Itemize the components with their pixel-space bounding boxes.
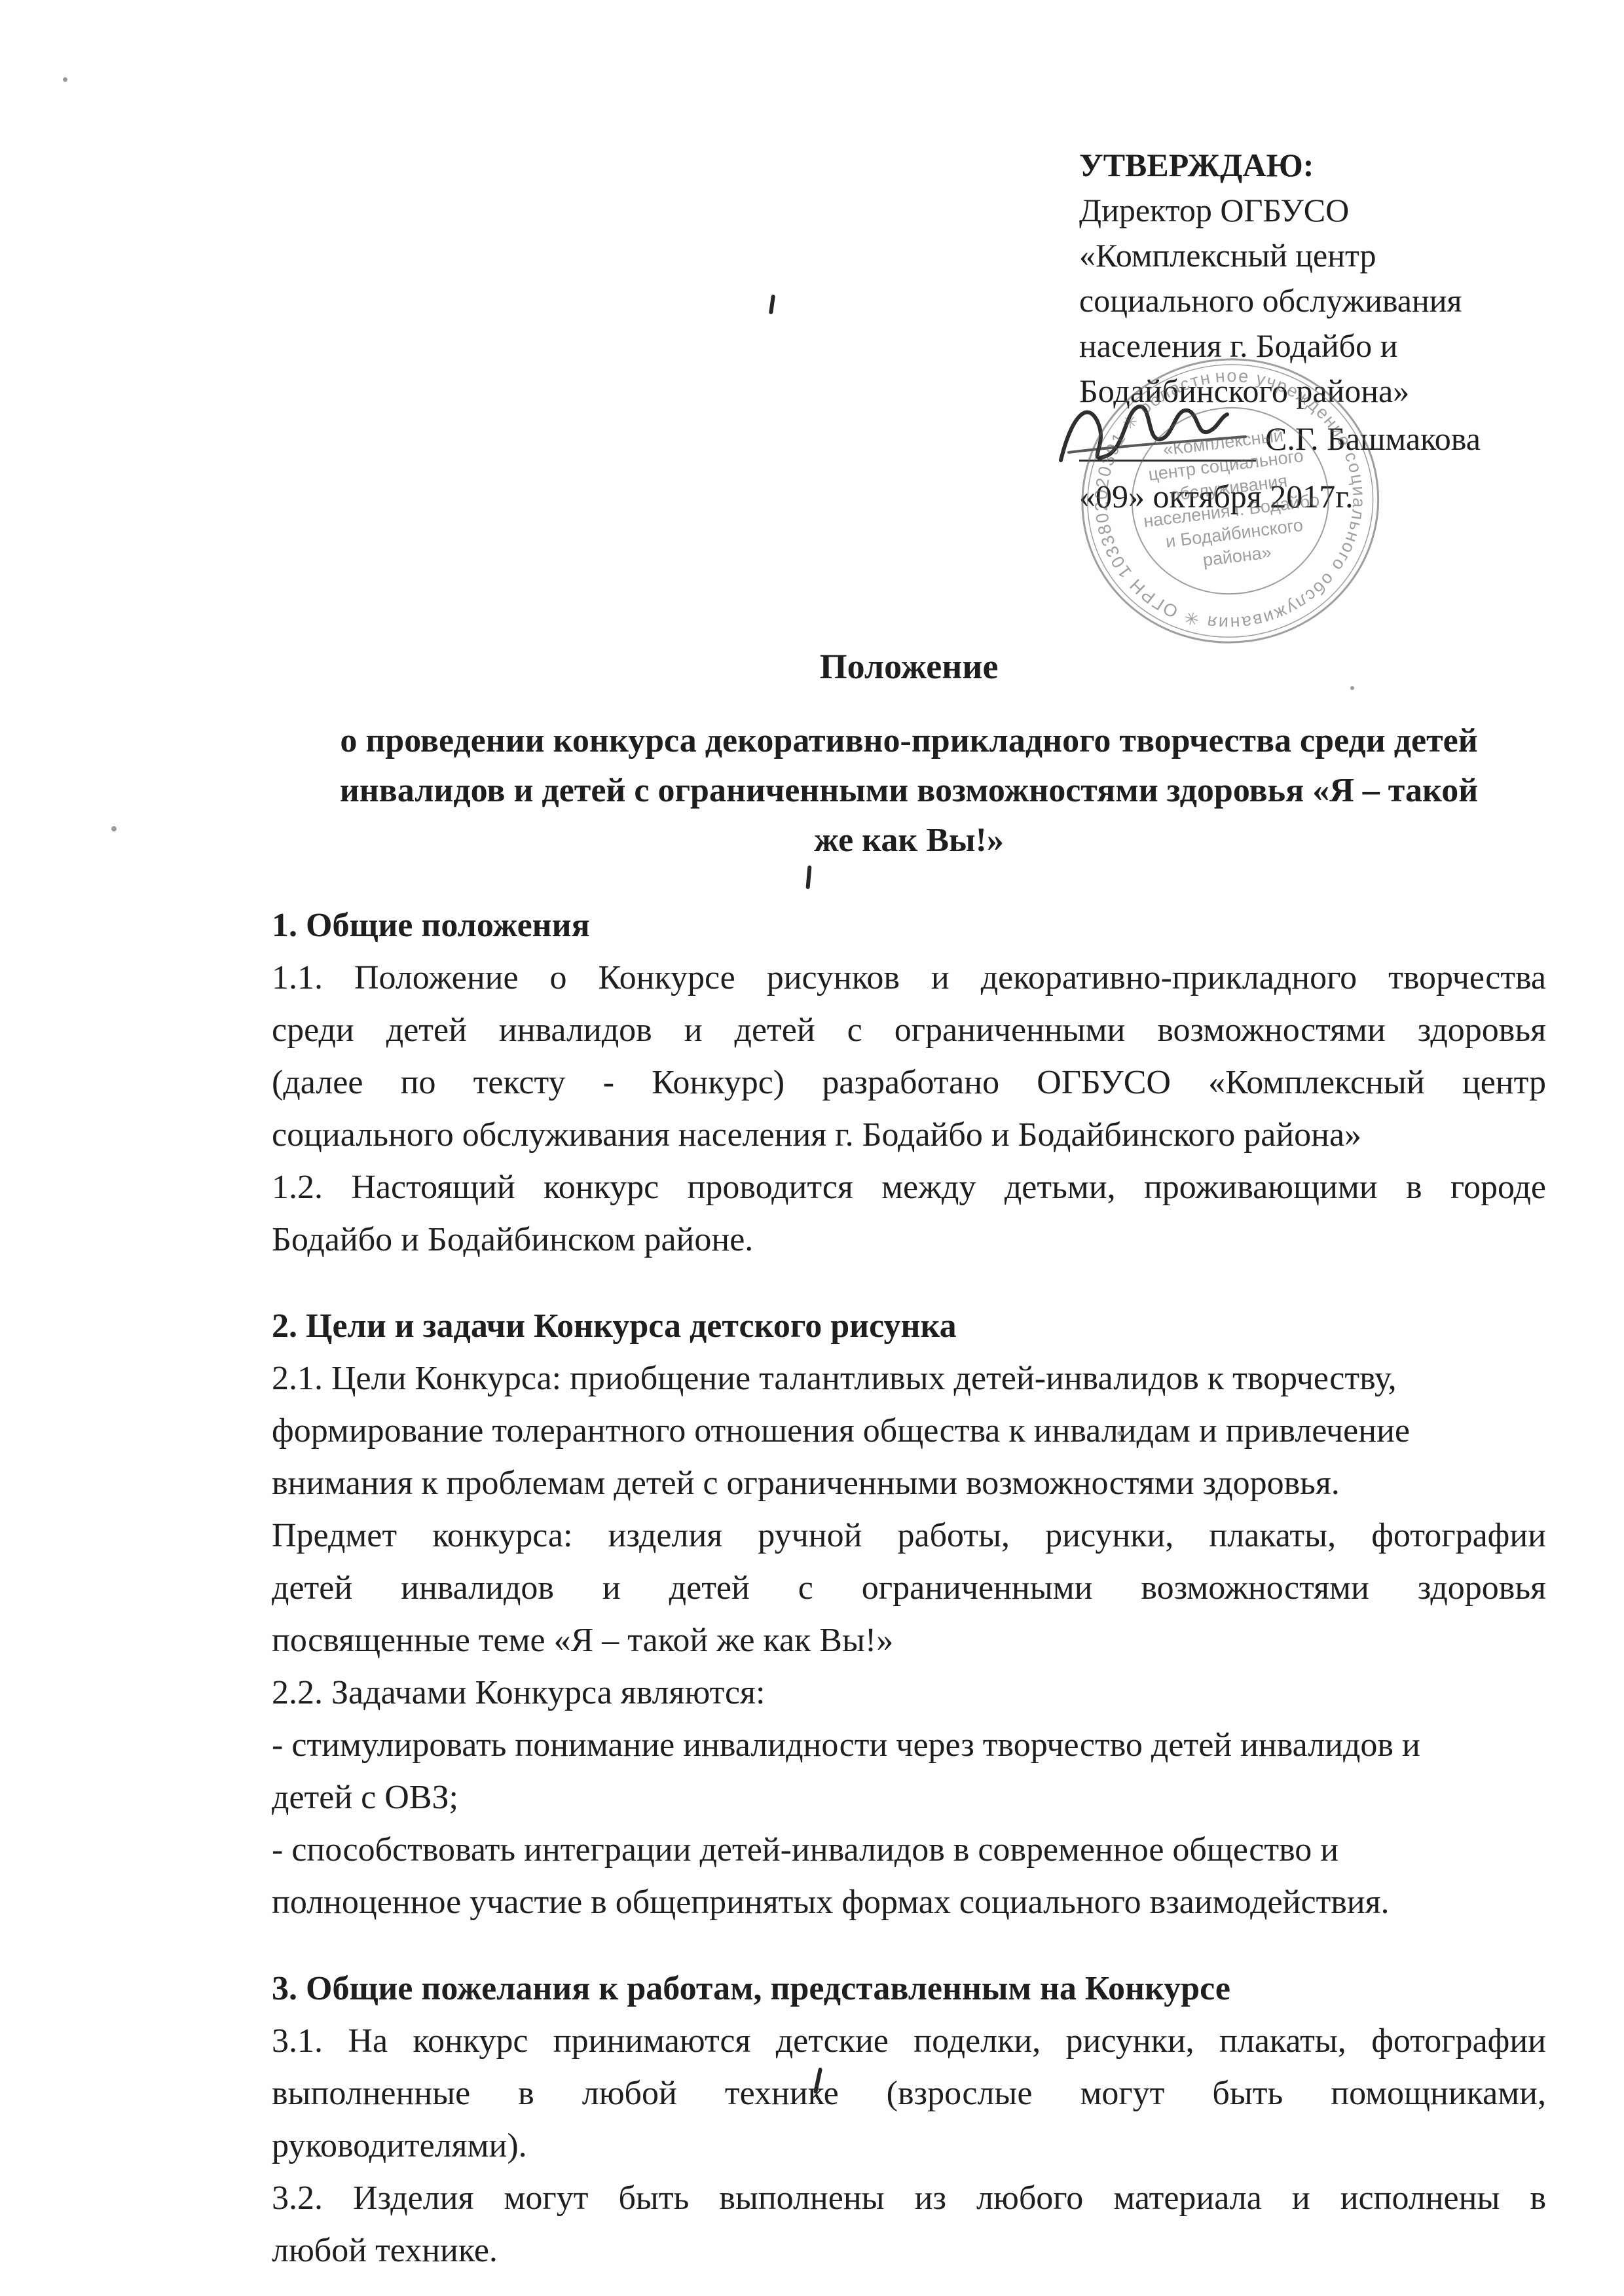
text-line: - стимулировать понимание инвалидности ч… <box>272 1719 1546 1772</box>
text-line: формирование толерантного отношения обще… <box>272 1405 1546 1457</box>
approval-lines: Директор ОГБУСО«Комплексный центрсоциаль… <box>1079 188 1564 414</box>
text-line: 2.1. Цели Конкурса: приобщение талантлив… <box>272 1353 1546 1405</box>
scan-speck <box>111 826 117 831</box>
section-general: 1. Общие положения 1.1. Положение о Конк… <box>272 900 1546 1266</box>
text-line: 2.2. Задачами Конкурса являются: <box>272 1667 1546 1719</box>
section-body: 1.1. Положение о Конкурсе рисунков и дек… <box>272 952 1546 1266</box>
signature-row: С.Г. Башмакова <box>1079 416 1564 474</box>
text-line: посвященные теме «Я – такой же как Вы!» <box>272 1614 1546 1667</box>
section-heading: 1. Общие положения <box>272 900 1546 952</box>
text-line: среди детей инвалидов и детей с ограниче… <box>272 1004 1546 1057</box>
subtitle-line: же как Вы!» <box>272 816 1546 866</box>
text-line: внимания к проблемам детей с ограниченны… <box>272 1457 1546 1510</box>
approval-block: УТВЕРЖДАЮ: Директор ОГБУСО«Комплексный ц… <box>1079 143 1564 519</box>
approval-line: «Комплексный центр <box>1079 233 1564 278</box>
subtitle-line: о проведении конкурса декоративно-прикла… <box>272 716 1546 766</box>
scan-speck <box>1350 686 1354 690</box>
text-line: 3.1. На конкурс принимаются детские поде… <box>272 2015 1546 2068</box>
section-body: 2.1. Цели Конкурса: приобщение талантлив… <box>272 1353 1546 1929</box>
section-goals: 2. Цели и задачи Конкурса детского рисун… <box>272 1300 1546 1929</box>
pen-mark <box>769 295 775 315</box>
approval-line: социального обслуживания <box>1079 278 1564 323</box>
text-line: детей инвалидов и детей с ограниченными … <box>272 1562 1546 1614</box>
stamp-center-line: района» <box>1079 526 1395 587</box>
signature-scribble-icon <box>1049 390 1298 488</box>
text-line: (далее по тексту - Конкурс) разработано … <box>272 1057 1546 1109</box>
text-line: детей с ОВЗ; <box>272 1772 1546 1824</box>
approval-line: населения г. Бодайбо и <box>1079 323 1564 369</box>
scan-speck <box>63 77 67 82</box>
section-body: 3.1. На конкурс принимаются детские поде… <box>272 2015 1546 2277</box>
text-line: - способствовать интеграции детей-инвали… <box>272 1824 1546 1876</box>
scan-speck <box>1117 1431 1123 1436</box>
subtitle-line: инвалидов и детей с ограниченными возмож… <box>272 766 1546 816</box>
text-line: любой технике. <box>272 2225 1546 2277</box>
document-title: Положение <box>272 640 1546 693</box>
text-line: Предмет конкурса: изделия ручной работы,… <box>272 1510 1546 1562</box>
signature-underline <box>1079 424 1256 462</box>
section-heading: 2. Цели и задачи Конкурса детского рисун… <box>272 1300 1546 1353</box>
text-line: выполненные в любой технике (взрослые мо… <box>272 2068 1546 2120</box>
text-line: 1.2. Настоящий конкурс проводится между … <box>272 1161 1546 1214</box>
text-line: руководителями). <box>272 2120 1546 2172</box>
text-line: 3.2. Изделия могут быть выполнены из люб… <box>272 2172 1546 2225</box>
text-line: социального обслуживания населения г. Бо… <box>272 1109 1546 1161</box>
document-subtitle: о проведении конкурса декоративно-прикла… <box>272 716 1546 866</box>
scanned-document-page: УТВЕРЖДАЮ: Директор ОГБУСО«Комплексный ц… <box>0 0 1624 2296</box>
text-line: полноценное участие в общепринятых форма… <box>272 1876 1546 1929</box>
approval-line: Директор ОГБУСО <box>1079 188 1564 233</box>
section-heading: 3. Общие пожелания к работам, представле… <box>272 1963 1546 2015</box>
document-content: Положение о проведении конкурса декорати… <box>272 640 1546 2277</box>
text-line: 1.1. Положение о Конкурсе рисунков и дек… <box>272 952 1546 1004</box>
text-line: Бодайбо и Бодайбинском районе. <box>272 1214 1546 1266</box>
approval-title: УТВЕРЖДАЮ: <box>1079 143 1564 188</box>
section-requirements: 3. Общие пожелания к работам, представле… <box>272 1963 1546 2277</box>
